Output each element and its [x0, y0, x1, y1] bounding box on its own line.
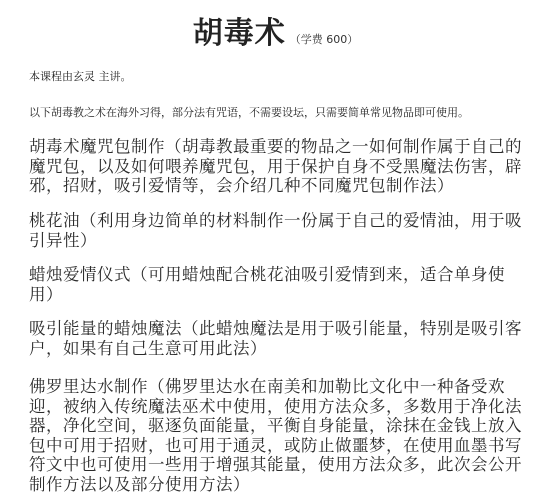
course-item-voodoo-bag: 胡毒术魔咒包制作（胡毒教最重要的物品之一如何制作属于自己的魔咒包，以及如何喂养魔… — [29, 137, 529, 196]
tuition-fee: （学费 600） — [290, 33, 359, 46]
intro-note: 以下胡毒教之术在海外习得，部分法有咒语，不需要设坛，只需要简单常见物品即可使用。 — [29, 104, 469, 120]
course-item-energy-candle-magic: 吸引能量的蜡烛魔法（此蜡烛魔法是用于吸引能量，特别是吸引客户，如果有自己生意可用… — [29, 319, 529, 358]
page-title: 胡毒术 — [193, 16, 286, 51]
course-item-florida-water: 佛罗里达水制作（佛罗里达水在南美和加勒比文化中一种备受欢迎，被纳入传统魔法巫术中… — [29, 377, 529, 492]
course-item-peach-blossom-oil: 桃花油（利用身边简单的材料制作一份属于自己的爱情油，用于吸引异性） — [29, 211, 529, 250]
lecturer-note: 本课程由玄灵 主讲。 — [29, 68, 132, 84]
course-item-candle-love-ritual: 蜡烛爱情仪式（可用蜡烛配合桃花油吸引爱情到来，适合单身使用） — [29, 265, 529, 304]
page-header: 胡毒术（学费 600） — [0, 8, 551, 52]
